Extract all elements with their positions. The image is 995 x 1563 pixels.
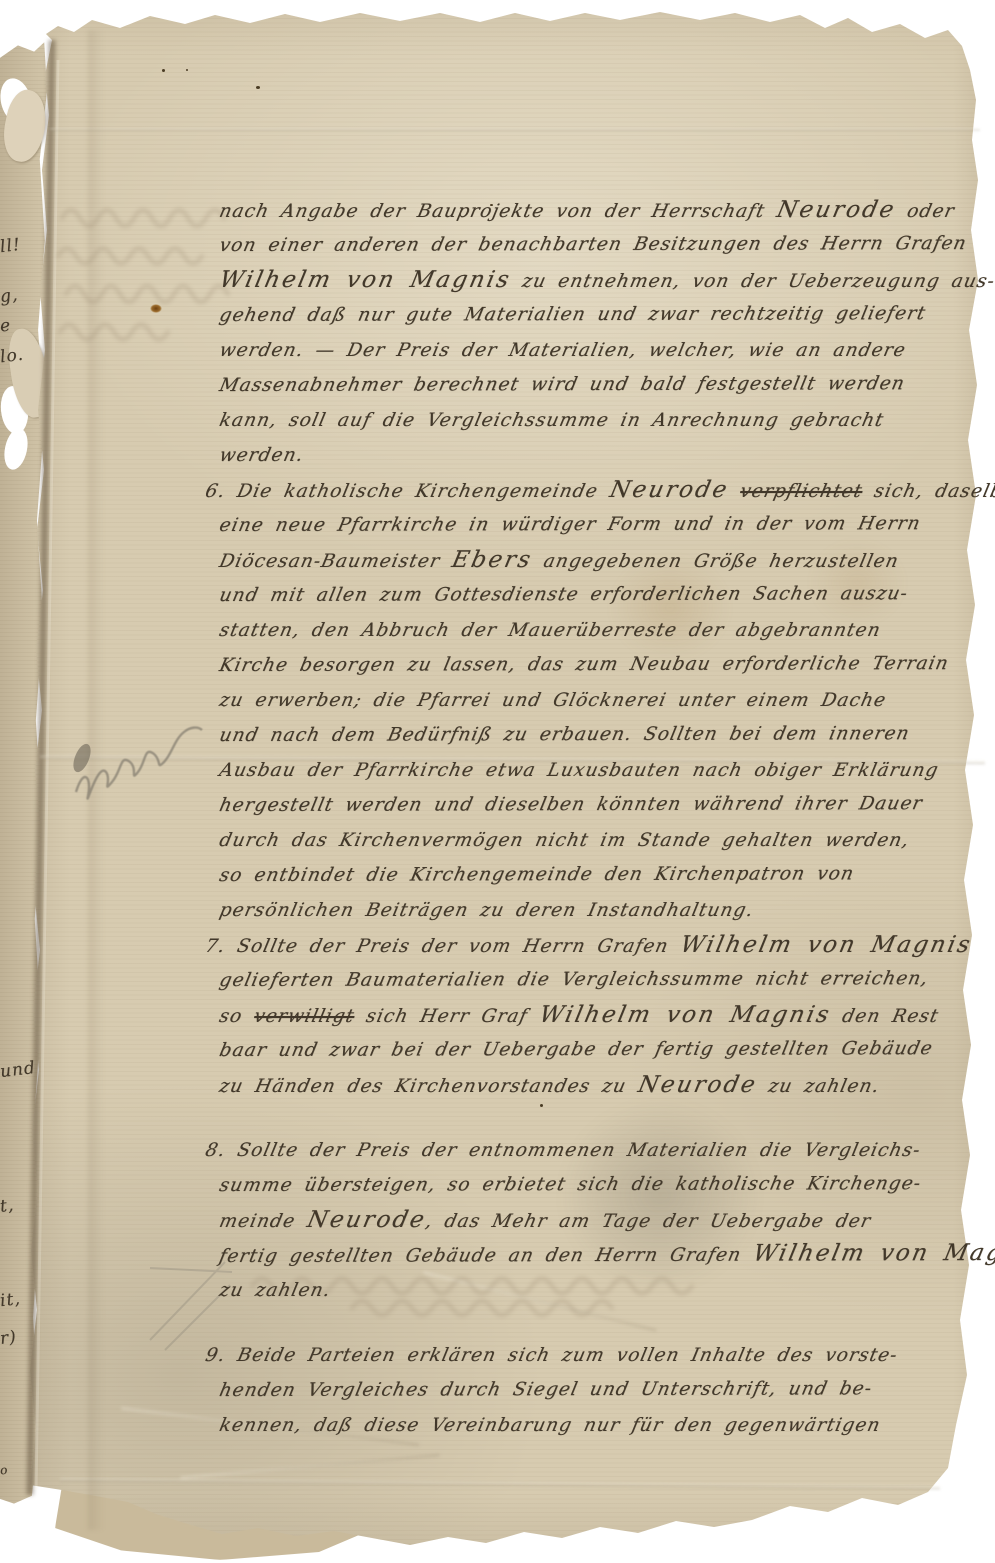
manuscript-line: Ausbau der Pfarrkirche etwa Luxusbauten … [216, 753, 985, 788]
proper-name: Wilhelm von Magnis [751, 1240, 995, 1267]
manuscript-line: Diöcesan-Baumeister Ebers angegebenen Gr… [216, 543, 985, 578]
manuscript-line: kann, soll auf die Vergleichssumme in An… [216, 403, 985, 438]
text-run: sich Herr Graf [352, 1006, 542, 1027]
manuscript-line: 6. Die katholische Kirchengemeinde Neuro… [202, 473, 985, 508]
cut-off-letter-fragment: ll! [0, 235, 22, 257]
manuscript-line: persönlichen Beiträgen zu deren Instandh… [216, 893, 985, 928]
text-run: 7. Sollte der Preis der vom Herrn Grafen [203, 936, 682, 957]
text-run: angegebenen Größe herzustellen [530, 551, 901, 572]
text-run: nach Angabe der Bauprojekte von der Herr… [217, 201, 779, 222]
paragraph-8: 8. Sollte der Preis der entnommenen Mate… [216, 1133, 978, 1308]
proper-name: Neurode [305, 1207, 429, 1233]
text-run: 8. Sollte der Preis der entnommenen Mate… [203, 1140, 922, 1161]
manuscript-line: henden Vergleiches durch Siegel und Unte… [216, 1371, 986, 1408]
manuscript-line: gehend daß nur gute Materialien und zwar… [216, 296, 986, 333]
text-run: so entbindet die Kirchengemeinde den Kir… [217, 863, 856, 886]
text-run: so [217, 1006, 256, 1027]
text-run: den Rest [828, 1006, 941, 1027]
manuscript-line: durch das Kirchenvermögen nicht im Stand… [216, 823, 985, 858]
proper-name: Ebers [450, 547, 535, 573]
text-run: persönlichen Beiträgen zu deren Instandh… [217, 900, 755, 921]
text-run: zu zahlen. [754, 1076, 881, 1097]
text-run: von einer anderen der benachbarten Besit… [217, 233, 968, 256]
text-run: zu zahlen. [217, 1280, 332, 1301]
struck-word: verwilligt [252, 1006, 356, 1027]
text-run: baar und zwar bei der Uebergabe der fert… [217, 1038, 934, 1061]
text-run: fertig gestellten Gebäude an den Herrn G… [217, 1245, 755, 1267]
text-run: oder [893, 201, 957, 222]
scanned-document-page: ll! g, e lo. und t, it, r) o [0, 0, 995, 1563]
manuscript-line: zu erwerben; die Pfarrei und Glöcknerei … [216, 683, 985, 718]
manuscript-line: werden. [216, 436, 986, 473]
paragraph-6: 6. Die katholische Kirchengemeinde Neuro… [216, 473, 978, 928]
text-run: statten, den Abbruch der Mauerüberreste … [217, 620, 882, 641]
text-run: hergestellt werden und dieselben könnten… [217, 793, 924, 816]
text-run: meinde [217, 1211, 309, 1232]
proper-name: Wilhelm von Magnis [217, 267, 514, 293]
manuscript-line: fertig gestellten Gebäude an den Herrn G… [216, 1236, 986, 1273]
manuscript-line: 9. Beide Parteien erklären sich zum voll… [202, 1338, 985, 1373]
manuscript-line: Kirche besorgen zu lassen, das zum Neuba… [216, 646, 986, 683]
text-run: , das Mehr am Tage der Uebergabe der [424, 1211, 874, 1232]
manuscript-line: werden. — Der Preis der Materialien, wel… [216, 333, 985, 368]
text-run: zu entnehmen, von der Ueberzeugung aus- [508, 271, 995, 292]
manuscript-line: zu zahlen. [216, 1273, 985, 1308]
text-run: werden. [217, 445, 305, 466]
text-run: und mit allen zum Gottesdienste erforder… [217, 583, 910, 606]
text-run: kennen, daß diese Vereinbarung nur für d… [217, 1415, 882, 1436]
manuscript-line: so verwilligt sich Herr Graf Wilhelm von… [216, 998, 985, 1033]
proper-name: Wilhelm von Magnis [678, 932, 975, 958]
proper-name: Wilhelm von Magnis [537, 1002, 834, 1028]
text-run: Diöcesan-Baumeister [217, 551, 454, 572]
text-run: gelieferten Baumaterialien die Vergleich… [217, 968, 930, 991]
cut-off-letter-fragment: r) [0, 1327, 18, 1349]
manuscript-line: meinde Neurode, das Mehr am Tage der Ueb… [216, 1203, 985, 1238]
text-run: und nach dem Bedürfniß zu erbauen. Sollt… [217, 723, 911, 746]
cut-off-letter-fragment: g, [0, 285, 19, 307]
text-run: kann, soll auf die Vergleichssumme in An… [217, 410, 886, 431]
text-run: 6. Die katholische Kirchengemeinde [203, 481, 612, 502]
manuscript-line: nach Angabe der Bauprojekte von der Herr… [216, 193, 985, 228]
manuscript-line: zu Händen des Kirchenvorstandes zu Neuro… [216, 1068, 985, 1103]
manuscript-line: 8. Sollte der Preis der entnommenen Mate… [202, 1133, 985, 1168]
proper-name: Neurode [774, 197, 898, 223]
manuscript-line: gelieferten Baumaterialien die Vergleich… [216, 961, 986, 998]
manuscript-text: nach Angabe der Bauprojekte von der Herr… [216, 193, 978, 1443]
manuscript-line: summe übersteigen, so erbietet sich die … [216, 1166, 986, 1203]
text-run: zu Händen des Kirchenvorstandes zu [217, 1076, 640, 1097]
manuscript-line: Wilhelm von Magnis zu entnehmen, von der… [216, 263, 985, 298]
manuscript-line: hergestellt werden und dieselben könnten… [216, 786, 986, 823]
text-run: henden Vergleiches durch Siegel und Unte… [217, 1378, 874, 1401]
manuscript-line: 7. Sollte der Preis der vom Herrn Grafen… [202, 928, 985, 963]
text-run: durch das Kirchenvermögen nicht im Stand… [217, 830, 911, 851]
ink-speck [256, 86, 260, 89]
manuscript-line: baar und zwar bei der Uebergabe der fert… [216, 1031, 986, 1068]
manuscript-line: kennen, daß diese Vereinbarung nur für d… [216, 1408, 985, 1443]
cut-off-letter-fragment: o [0, 1463, 9, 1478]
proper-name: Neurode [636, 1072, 760, 1098]
manuscript-line: Massenabnehmer berechnet wird und bald f… [216, 366, 986, 403]
cut-off-letter-fragment: lo. [0, 345, 25, 368]
text-run: Massenabnehmer berechnet wird und bald f… [217, 373, 907, 396]
ink-speck [186, 69, 188, 71]
paragraph-9: 9. Beide Parteien erklären sich zum voll… [216, 1338, 978, 1443]
manuscript-line: und nach dem Bedürfniß zu erbauen. Sollt… [216, 716, 986, 753]
manuscript-line: statten, den Abbruch der Mauerüberreste … [216, 613, 985, 648]
text-run: zu erwerben; die Pfarrei und Glöcknerei … [217, 690, 888, 711]
text-run: sich, daselbst [860, 481, 995, 502]
manuscript-line: so entbindet die Kirchengemeinde den Kir… [216, 856, 986, 893]
cut-off-letter-fragment: it, [0, 1289, 22, 1311]
manuscript-line: und mit allen zum Gottesdienste erforder… [216, 576, 986, 613]
text-run: 9. Beide Parteien erklären sich zum voll… [203, 1345, 899, 1366]
foxing-spot [150, 304, 162, 313]
paragraph-continuation: nach Angabe der Bauprojekte von der Herr… [216, 193, 978, 473]
struck-word: verpflichtet [738, 481, 865, 502]
manuscript-line: von einer anderen der benachbarten Besit… [216, 226, 986, 263]
text-run: werden. — Der Preis der Materialien, wel… [217, 340, 907, 361]
ink-speck [162, 69, 165, 72]
paragraph-7: 7. Sollte der Preis der vom Herrn Grafen… [216, 928, 978, 1103]
proper-name: Neurode [607, 477, 731, 503]
manuscript-line: eine neue Pfarrkirche in würdiger Form u… [216, 506, 986, 543]
cut-off-letter-fragment: t, [0, 1195, 15, 1217]
text-run: gehend daß nur gute Materialien und zwar… [217, 303, 927, 326]
text-run: Ausbau der Pfarrkirche etwa Luxusbauten … [217, 760, 940, 781]
text-run: eine neue Pfarrkirche in würdiger Form u… [217, 513, 922, 536]
text-run: Kirche besorgen zu lassen, das zum Neuba… [217, 653, 950, 676]
text-run: summe übersteigen, so erbietet sich die … [217, 1173, 923, 1196]
